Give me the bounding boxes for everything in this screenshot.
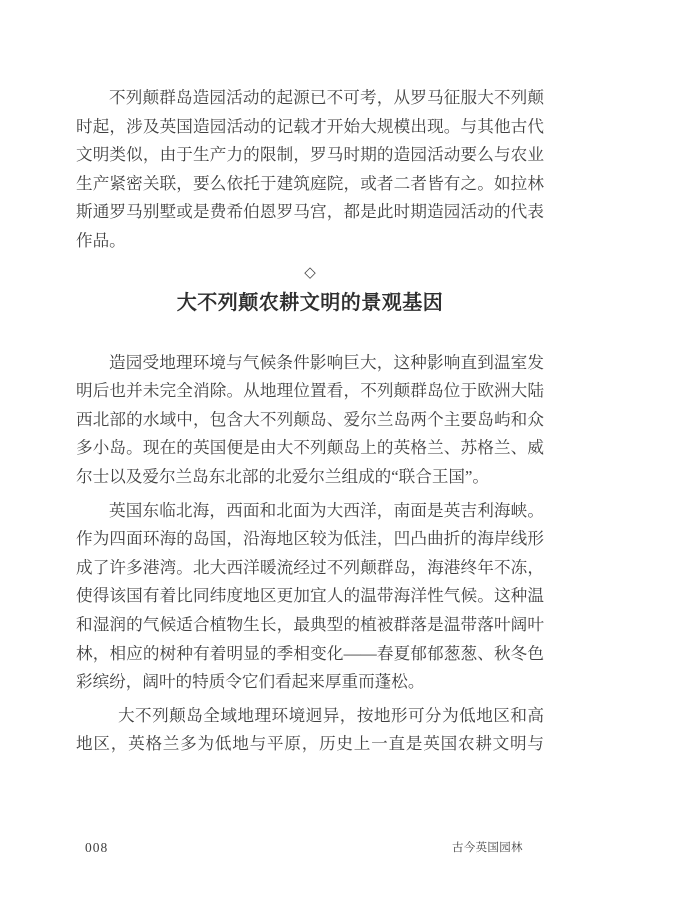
page-number: 008 [85, 840, 108, 856]
book-page: 不列颠群岛造园活动的起源已不可考，从罗马征服大不列颠时起，涉及英国造园活动的记载… [0, 0, 687, 923]
paragraph-roman-garden-origins: 不列颠群岛造园活动的起源已不可考，从罗马征服大不列颠时起，涉及英国造园活动的记载… [76, 84, 544, 256]
page-content: 不列颠群岛造园活动的起源已不可考，从罗马征服大不列颠时起，涉及英国造园活动的记载… [76, 84, 544, 759]
diamond-divider-icon: ◇ [76, 261, 544, 285]
running-title: 古今英国园林 [452, 841, 523, 856]
page-footer: 008 古今英国园林 [0, 838, 687, 860]
section-title: 大不列颠农耕文明的景观基因 [76, 289, 544, 317]
paragraph-geography: 造园受地理环境与气候条件影响巨大，这种影响直到温室发明后也并未完全消除。从地理位… [76, 349, 544, 492]
paragraph-terrain: 大不列颠岛全域地理环境迥异，按地形可分为低地区和高地区，英格兰多为低地与平原，历… [76, 702, 544, 759]
paragraph-climate-vegetation: 英国东临北海，西面和北面为大西洋，南面是英吉利海峡。作为四面环海的岛国，沿海地区… [76, 497, 544, 697]
